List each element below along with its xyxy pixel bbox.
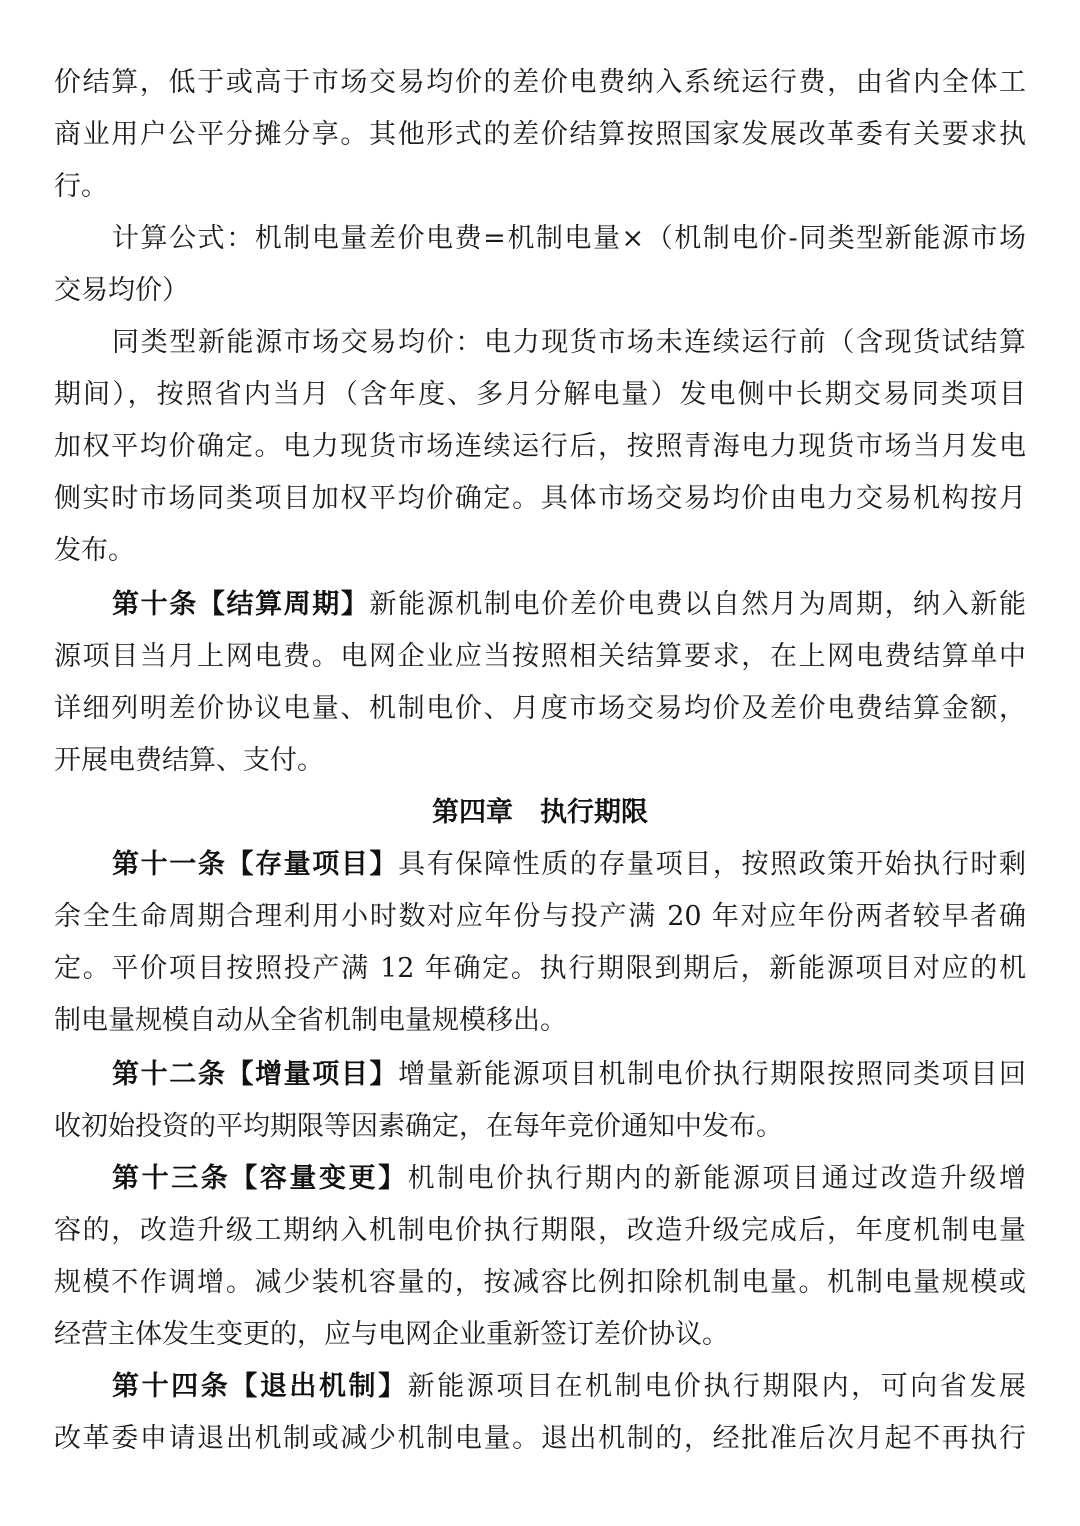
article-13-text: 机制电价执行期内的新能源项目通过改造升级增 xyxy=(408,1163,1026,1194)
paragraph-continuation-line-2: 商业用户公平分摊分享。其他形式的差价结算按照国家发展改革委有关要求执 xyxy=(54,109,1026,161)
avg-price-line-4: 侧实时市场同类项目加权平均价确定。具体市场交易均价由电力交易机构按月 xyxy=(54,473,1026,525)
article-12-line-2: 收初始投资的平均期限等因素确定，在每年竞价通知中发布。 xyxy=(54,1101,1026,1153)
article-13-line-1: 第十三条【容量变更】机制电价执行期内的新能源项目通过改造升级增 xyxy=(112,1153,1026,1205)
article-10-line-2: 源项目当月上网电费。电网企业应当按照相关结算要求，在上网电费结算单中 xyxy=(54,631,1026,683)
article-14-line-2: 改革委申请退出机制或减少机制电量。退出机制的，经批准后次月起不再执行 xyxy=(54,1413,1026,1465)
article-11-line-4: 制电量规模自动从全省机制电量规模移出。 xyxy=(54,995,1026,1047)
article-10-line-1: 第十条【结算周期】新能源机制电价差价电费以自然月为周期，纳入新能 xyxy=(112,579,1026,631)
document-page: 价结算，低于或高于市场交易均价的差价电费纳入系统运行费，由省内全体工 商业用户公… xyxy=(0,0,1080,1526)
article-11-title: 第十一条【存量项目】 xyxy=(112,849,398,880)
article-14-title: 第十四条【退出机制】 xyxy=(112,1371,408,1402)
chapter-heading: 第四章 执行期限 xyxy=(0,787,1080,839)
article-12-line-1: 第十二条【增量项目】增量新能源项目机制电价执行期限按照同类项目回 xyxy=(112,1049,1026,1101)
avg-price-line-1: 同类型新能源市场交易均价：电力现货市场未连续运行前（含现货试结算 xyxy=(112,317,1026,369)
paragraph-continuation-line-1: 价结算，低于或高于市场交易均价的差价电费纳入系统运行费，由省内全体工 xyxy=(54,57,1026,109)
article-13-line-4: 经营主体发生变更的，应与电网企业重新签订差价协议。 xyxy=(54,1309,1026,1361)
article-13-line-3: 规模不作调增。减少装机容量的，按减容比例扣除机制电量。机制电量规模或 xyxy=(54,1257,1026,1309)
article-10-title: 第十条【结算周期】 xyxy=(112,589,370,620)
article-14-line-1: 第十四条【退出机制】新能源项目在机制电价执行期限内，可向省发展 xyxy=(112,1361,1026,1413)
article-10-text: 新能源机制电价差价电费以自然月为周期，纳入新能 xyxy=(370,589,1026,620)
formula-line-2: 交易均价） xyxy=(54,265,1026,317)
article-11-line-2: 余全生命周期合理利用小时数对应年份与投产满 20 年对应年份两者较早者确 xyxy=(54,891,1026,943)
avg-price-line-2: 期间），按照省内当月（含年度、多月分解电量）发电侧中长期交易同类项目 xyxy=(54,369,1026,421)
article-13-line-2: 容的，改造升级工期纳入机制电价执行期限，改造升级完成后，年度机制电量 xyxy=(54,1205,1026,1257)
article-10-line-3: 详细列明差价协议电量、机制电价、月度市场交易均价及差价电费结算金额， xyxy=(54,683,1026,735)
avg-price-line-3: 加权平均价确定。电力现货市场连续运行后，按照青海电力现货市场当月发电 xyxy=(54,421,1026,473)
avg-price-line-5: 发布。 xyxy=(54,525,1026,577)
article-11-text: 具有保障性质的存量项目，按照政策开始执行时剩 xyxy=(398,849,1026,880)
article-12-text: 增量新能源项目机制电价执行期限按照同类项目回 xyxy=(398,1059,1026,1090)
article-14-text: 新能源项目在机制电价执行期限内，可向省发展 xyxy=(408,1371,1026,1402)
article-11-line-1: 第十一条【存量项目】具有保障性质的存量项目，按照政策开始执行时剩 xyxy=(112,839,1026,891)
article-10-line-4: 开展电费结算、支付。 xyxy=(54,735,1026,787)
article-12-title: 第十二条【增量项目】 xyxy=(112,1059,398,1090)
article-13-title: 第十三条【容量变更】 xyxy=(112,1163,408,1194)
formula-line-1: 计算公式：机制电量差价电费=机制电量×（机制电价-同类型新能源市场 xyxy=(112,213,1026,265)
paragraph-continuation-line-3: 行。 xyxy=(54,161,1026,213)
article-11-line-3: 定。平价项目按照投产满 12 年确定。执行期限到期后，新能源项目对应的机 xyxy=(54,943,1026,995)
